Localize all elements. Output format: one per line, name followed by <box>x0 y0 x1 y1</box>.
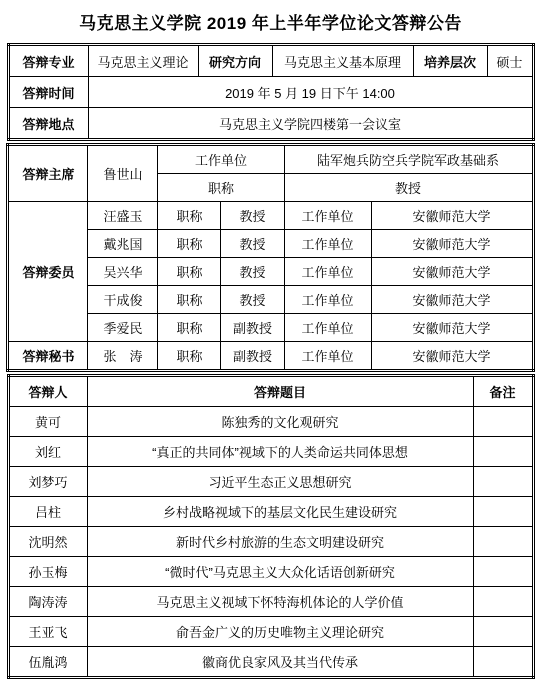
note-header: 备注 <box>473 376 533 407</box>
note-cell <box>473 527 533 557</box>
secretary-unit: 安徽师范大学 <box>371 342 533 371</box>
defense-table: 答辩人 答辩题目 备注 黄可 陈独秀的文化观研究 刘红 “真正的共同体”视域下的… <box>7 374 535 679</box>
candidate-name: 黄可 <box>8 407 87 437</box>
thesis-topic: “真正的共同体”视域下的人类命运共同体思想 <box>87 437 473 467</box>
defense-row: 沈明然 新时代乡村旅游的生态文明建设研究 <box>8 527 533 557</box>
member-title-label: 职称 <box>158 258 221 286</box>
chair-row-unit: 答辩主席 鲁世山 工作单位 陆军炮兵防空兵学院军政基础系 <box>8 145 533 174</box>
defense-row: 刘梦巧 习近平生态正义思想研究 <box>8 467 533 497</box>
member-unit-label: 工作单位 <box>284 202 371 230</box>
candidate-name: 吕柱 <box>8 497 87 527</box>
member-unit: 安徽师范大学 <box>371 314 533 342</box>
thesis-topic: 马克思主义视域下怀特海机体论的人学价值 <box>87 587 473 617</box>
info-row-time: 答辩时间 2019 年 5 月 19 日下午 14:00 <box>8 77 533 108</box>
thesis-topic: 新时代乡村旅游的生态文明建设研究 <box>87 527 473 557</box>
member-name: 戴兆国 <box>88 230 158 258</box>
place-value: 马克思主义学院四楼第一会议室 <box>88 108 533 140</box>
note-cell <box>473 587 533 617</box>
member-title: 教授 <box>221 258 284 286</box>
defense-row: 伍胤鸿 徽商优良家风及其当代传承 <box>8 647 533 678</box>
member-unit-label: 工作单位 <box>284 230 371 258</box>
secretary-title-label: 职称 <box>158 342 221 371</box>
secretary-label: 答辩秘书 <box>8 342 88 371</box>
defense-row: 刘红 “真正的共同体”视域下的人类命运共同体思想 <box>8 437 533 467</box>
candidate-name: 沈明然 <box>8 527 87 557</box>
member-unit: 安徽师范大学 <box>371 258 533 286</box>
level-value: 硕士 <box>487 45 533 77</box>
thesis-topic: 陈独秀的文化观研究 <box>87 407 473 437</box>
chair-title-label: 职称 <box>158 174 284 202</box>
candidate-name: 刘梦巧 <box>8 467 87 497</box>
thesis-topic: 俞吾金广义的历史唯物主义理论研究 <box>87 617 473 647</box>
thesis-topic: 乡村战略视域下的基层文化民生建设研究 <box>87 497 473 527</box>
thesis-topic: 习近平生态正义思想研究 <box>87 467 473 497</box>
member-title-label: 职称 <box>158 286 221 314</box>
major-value: 马克思主义理论 <box>88 45 198 77</box>
member-title: 教授 <box>221 202 284 230</box>
members-label: 答辩委员 <box>8 202 88 342</box>
thesis-topic: 徽商优良家风及其当代传承 <box>87 647 473 678</box>
note-cell <box>473 617 533 647</box>
note-cell <box>473 557 533 587</box>
note-cell <box>473 437 533 467</box>
member-name: 汪盛玉 <box>88 202 158 230</box>
info-row-place: 答辩地点 马克思主义学院四楼第一会议室 <box>8 108 533 140</box>
page-title: 马克思主义学院 2019 年上半年学位论文答辩公告 <box>0 0 541 43</box>
candidate-name: 孙玉梅 <box>8 557 87 587</box>
place-label: 答辩地点 <box>8 108 88 140</box>
direction-label: 研究方向 <box>198 45 272 77</box>
chair-title-value: 教授 <box>284 174 533 202</box>
chair-name: 鲁世山 <box>88 145 158 202</box>
direction-value: 马克思主义基本原理 <box>272 45 413 77</box>
candidate-name: 陶涛涛 <box>8 587 87 617</box>
person-header: 答辩人 <box>8 376 87 407</box>
secretary-unit-label: 工作单位 <box>284 342 371 371</box>
defense-row: 陶涛涛 马克思主义视域下怀特海机体论的人学价值 <box>8 587 533 617</box>
note-cell <box>473 467 533 497</box>
note-cell <box>473 497 533 527</box>
info-row-major: 答辩专业 马克思主义理论 研究方向 马克思主义基本原理 培养层次 硕士 <box>8 45 533 77</box>
level-label: 培养层次 <box>413 45 487 77</box>
committee-table: 答辩主席 鲁世山 工作单位 陆军炮兵防空兵学院军政基础系 职称 教授 答辩委员 … <box>6 143 534 372</box>
info-table: 答辩专业 马克思主义理论 研究方向 马克思主义基本原理 培养层次 硕士 答辩时间… <box>7 43 535 141</box>
defense-row: 吕柱 乡村战略视域下的基层文化民生建设研究 <box>8 497 533 527</box>
thesis-topic: “微时代”马克思主义大众化话语创新研究 <box>87 557 473 587</box>
defense-row: 黄可 陈独秀的文化观研究 <box>8 407 533 437</box>
member-row: 答辩委员 汪盛玉 职称 教授 工作单位 安徽师范大学 <box>8 202 533 230</box>
candidate-name: 王亚飞 <box>8 617 87 647</box>
time-label: 答辩时间 <box>8 77 88 108</box>
defense-header-row: 答辩人 答辩题目 备注 <box>8 376 533 407</box>
secretary-row: 答辩秘书 张 涛 职称 副教授 工作单位 安徽师范大学 <box>8 342 533 371</box>
chair-unit-value: 陆军炮兵防空兵学院军政基础系 <box>284 145 533 174</box>
member-name: 吴兴华 <box>88 258 158 286</box>
candidate-name: 刘红 <box>8 437 87 467</box>
secretary-title: 副教授 <box>221 342 284 371</box>
defense-row: 王亚飞 俞吾金广义的历史唯物主义理论研究 <box>8 617 533 647</box>
member-title: 教授 <box>221 230 284 258</box>
member-title-label: 职称 <box>158 230 221 258</box>
secretary-name: 张 涛 <box>88 342 158 371</box>
member-unit-label: 工作单位 <box>284 258 371 286</box>
note-cell <box>473 407 533 437</box>
major-label: 答辩专业 <box>8 45 88 77</box>
chair-label: 答辩主席 <box>8 145 88 202</box>
member-unit: 安徽师范大学 <box>371 230 533 258</box>
member-title: 副教授 <box>221 314 284 342</box>
topic-header: 答辩题目 <box>87 376 473 407</box>
member-name: 季爱民 <box>88 314 158 342</box>
time-value: 2019 年 5 月 19 日下午 14:00 <box>88 77 533 108</box>
member-name: 干成俊 <box>88 286 158 314</box>
member-title-label: 职称 <box>158 314 221 342</box>
defense-row: 孙玉梅 “微时代”马克思主义大众化话语创新研究 <box>8 557 533 587</box>
candidate-name: 伍胤鸿 <box>8 647 87 678</box>
chair-unit-label: 工作单位 <box>158 145 284 174</box>
member-title-label: 职称 <box>158 202 221 230</box>
member-unit: 安徽师范大学 <box>371 202 533 230</box>
member-title: 教授 <box>221 286 284 314</box>
member-unit: 安徽师范大学 <box>371 286 533 314</box>
member-unit-label: 工作单位 <box>284 286 371 314</box>
member-unit-label: 工作单位 <box>284 314 371 342</box>
note-cell <box>473 647 533 678</box>
